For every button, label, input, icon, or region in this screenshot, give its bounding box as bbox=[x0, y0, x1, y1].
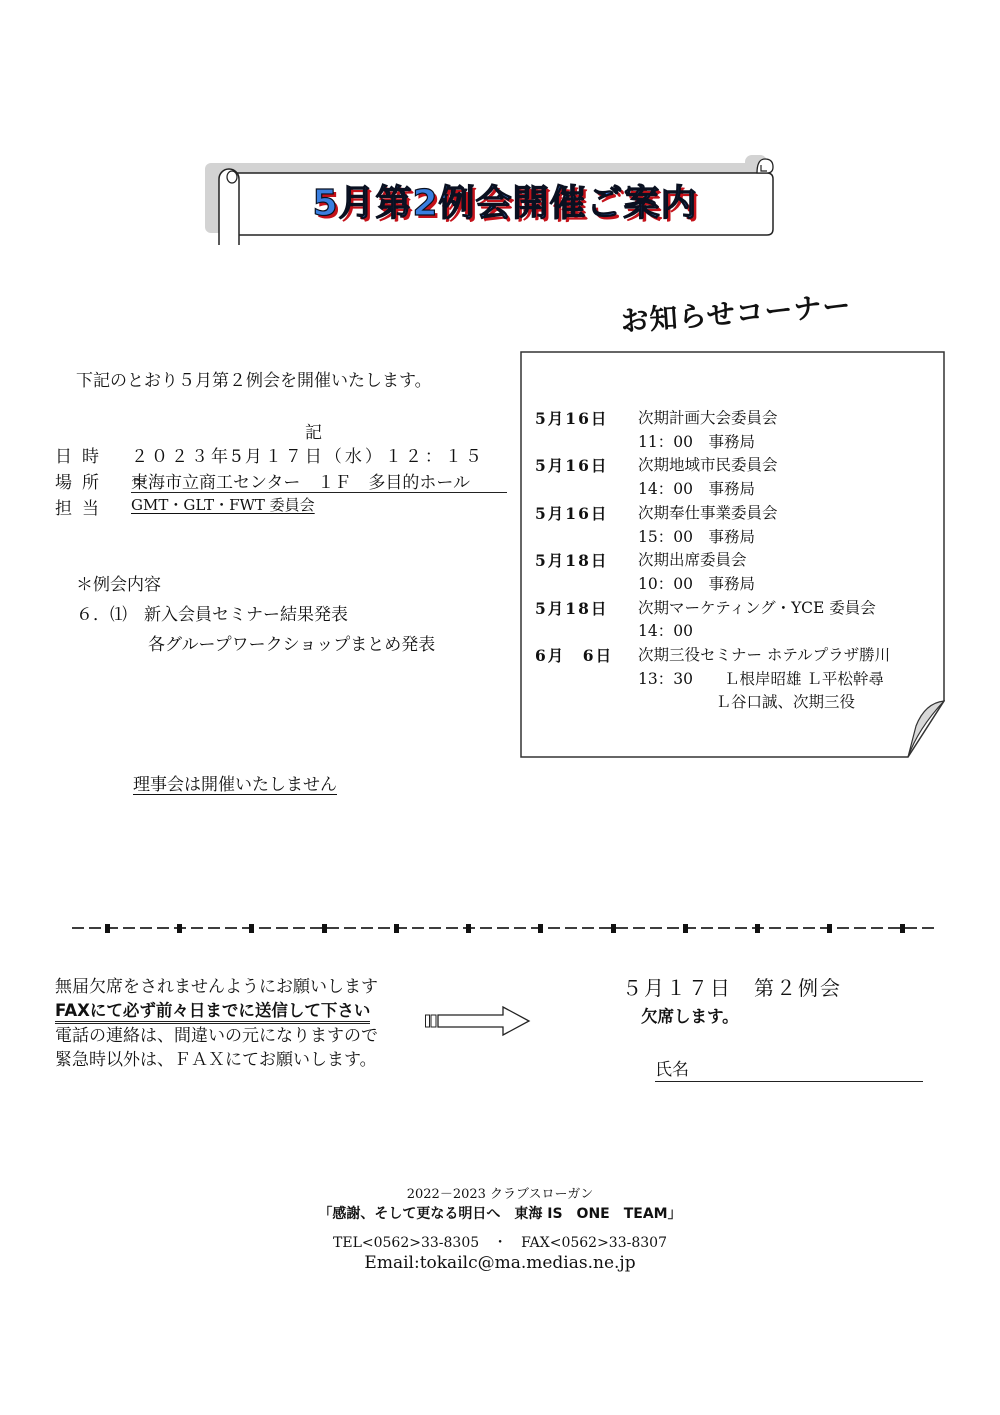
title-banner: 5月第2例会開催ご案内 bbox=[205, 155, 780, 245]
fax-line-2: FAXにて必ず前々日までに送信して下さい bbox=[55, 1001, 370, 1024]
detail-place: 場所 東海市立商工センター １Ｆ 多目的ホール bbox=[55, 468, 470, 493]
fax-line-4: 緊急時以外は、ＦＡＸにてお願いします。 bbox=[55, 1048, 378, 1072]
slogan: 「感謝、そして更なる明日へ 東海 IS ONE TEAM」 bbox=[0, 1203, 1000, 1223]
page-title: 5月第2例会開催ご案内 bbox=[245, 175, 765, 226]
charge-value: GMT・GLT・FWT 委員会 bbox=[131, 494, 315, 519]
notice-list: 5月16日次期計画大会委員会 11：00 事務局 5月16日次期地域市民委員会 … bbox=[535, 407, 890, 715]
notice-row: 14：00 事務局 bbox=[535, 478, 890, 502]
fax-instructions: 無届欠席をされませんようにお願いします FAXにて必ず前々日までに送信して下さい… bbox=[55, 975, 378, 1072]
notice-row: 6月 6日次期三役セミナー ホテルプラザ勝川 bbox=[535, 644, 890, 668]
contact-info: TEL<0562>33-8305 ・ FAX<0562>33-8307 bbox=[0, 1232, 1000, 1252]
detail-charge: 担当 GMT・GLT・FWT 委員会 bbox=[55, 494, 315, 519]
ki-label: 記 bbox=[305, 418, 322, 443]
notice-row: 5月18日次期マーケティング・YCE 委員会 bbox=[535, 597, 890, 621]
board-notice: 理事会は開催いたしません bbox=[133, 770, 337, 795]
notice-row: 5月16日次期計画大会委員会 bbox=[535, 407, 890, 431]
place-label: 場所 bbox=[55, 468, 131, 493]
absence-date: ５月１７日 第２例会 bbox=[622, 972, 842, 1001]
notice-heading: お知らせコーナー bbox=[619, 284, 852, 340]
fax-line-1: 無届欠席をされませんようにお願いします bbox=[55, 975, 378, 999]
place-value: 東海市立商工センター １Ｆ 多目的ホール bbox=[131, 468, 470, 493]
name-label: 氏名 bbox=[655, 1060, 689, 1080]
notice-row: 13：30 Ｌ根岸昭雄 Ｌ平松幹尋 bbox=[535, 668, 890, 692]
arrow-right-icon bbox=[425, 1005, 531, 1041]
slogan-title: 2022－2023 クラブスローガン bbox=[0, 1183, 1000, 1202]
dashed-cut-line-icon bbox=[72, 920, 938, 936]
charge-label: 担当 bbox=[55, 494, 131, 519]
email: Email:tokailc@ma.medias.ne.jp bbox=[0, 1253, 1000, 1273]
notice-row: 11：00 事務局 bbox=[535, 431, 890, 455]
notice-row: 10：00 事務局 bbox=[535, 573, 890, 597]
content-line-1: ６．⑴ 新入会員セミナー結果発表 bbox=[76, 600, 348, 625]
cut-line-separator bbox=[72, 920, 938, 936]
notice-box: 5月16日次期計画大会委員会 11：00 事務局 5月16日次期地域市民委員会 … bbox=[520, 351, 945, 758]
notice-row: 5月16日次期奉仕事業委員会 bbox=[535, 502, 890, 526]
absence-text: 欠席します。 bbox=[641, 1003, 739, 1027]
notice-row: 5月16日次期地域市民委員会 bbox=[535, 454, 890, 478]
notice-row: Ｌ谷口誠、次期三役 bbox=[535, 691, 890, 715]
content-line-2: 各グループワークショップまとめ発表 bbox=[148, 630, 435, 655]
fax-line-3: 電話の連絡は、間違いの元になりますので bbox=[55, 1024, 378, 1048]
name-field[interactable]: 氏名 bbox=[655, 1055, 923, 1082]
notice-row: 14：00 bbox=[535, 620, 890, 644]
content-heading: ＊例会内容 bbox=[76, 570, 161, 595]
intro-text: 下記のとおり５月第２例会を開催いたします。 bbox=[76, 366, 432, 391]
notice-row: 5月18日次期出席委員会 bbox=[535, 549, 890, 573]
notice-row: 15：00 事務局 bbox=[535, 526, 890, 550]
